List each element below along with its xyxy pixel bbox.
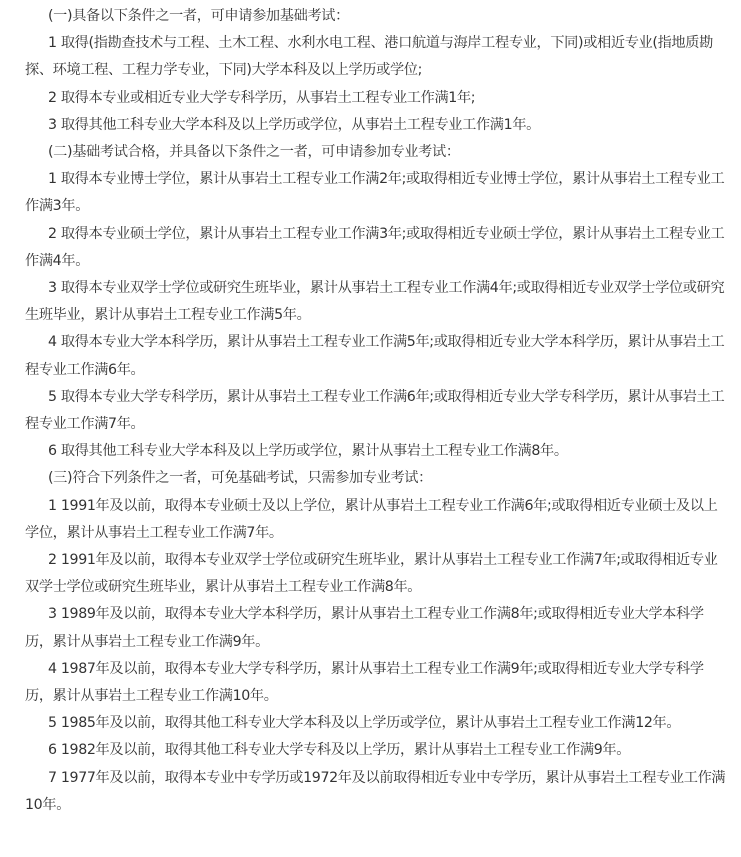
document-body: (一)具备以下条件之一者，可申请参加基础考试： 1 取得(指勘查技术与工程、土木…: [0, 0, 741, 819]
list-item: 1 取得本专业博士学位，累计从事岩土工程专业工作满2年;或取得相近专业博士学位，…: [25, 166, 731, 220]
list-item: 2 取得本专业或相近专业大学专科学历，从事岩土工程专业工作满1年;: [25, 85, 731, 112]
list-item: 3 1989年及以前，取得本专业大学本科学历，累计从事岩土工程专业工作满8年;或…: [25, 601, 731, 655]
list-item: 5 取得本专业大学专科学历，累计从事岩土工程专业工作满6年;或取得相近专业大学专…: [25, 384, 731, 438]
section-heading-2: (二)基础考试合格，并具备以下条件之一者，可申请参加专业考试：: [25, 139, 731, 166]
list-item: 6 1982年及以前，取得其他工科专业大学专科及以上学历，累计从事岩土工程专业工…: [25, 737, 731, 764]
list-item: 3 取得本专业双学士学位或研究生班毕业，累计从事岩土工程专业工作满4年;或取得相…: [25, 275, 731, 329]
list-item: 1 1991年及以前，取得本专业硕士及以上学位，累计从事岩土工程专业工作满6年;…: [25, 493, 731, 547]
list-item: 3 取得其他工科专业大学本科及以上学历或学位，从事岩土工程专业工作满1年。: [25, 112, 731, 139]
list-item: 2 1991年及以前，取得本专业双学士学位或研究生班毕业，累计从事岩土工程专业工…: [25, 547, 731, 601]
list-item: 4 1987年及以前，取得本专业大学专科学历，累计从事岩土工程专业工作满9年;或…: [25, 656, 731, 710]
list-item: 5 1985年及以前，取得其他工科专业大学本科及以上学历或学位，累计从事岩土工程…: [25, 710, 731, 737]
section-heading-3: (三)符合下列条件之一者，可免基础考试，只需参加专业考试：: [25, 465, 731, 492]
section-heading-1: (一)具备以下条件之一者，可申请参加基础考试：: [25, 3, 731, 30]
list-item: 4 取得本专业大学本科学历，累计从事岩土工程专业工作满5年;或取得相近专业大学本…: [25, 329, 731, 383]
list-item: 1 取得(指勘查技术与工程、土木工程、水利水电工程、港口航道与海岸工程专业，下同…: [25, 30, 731, 84]
list-item: 2 取得本专业硕士学位，累计从事岩土工程专业工作满3年;或取得相近专业硕士学位，…: [25, 221, 731, 275]
list-item: 6 取得其他工科专业大学本科及以上学历或学位，累计从事岩土工程专业工作满8年。: [25, 438, 731, 465]
list-item: 7 1977年及以前，取得本专业中专学历或1972年及以前取得相近专业中专学历，…: [25, 765, 731, 819]
